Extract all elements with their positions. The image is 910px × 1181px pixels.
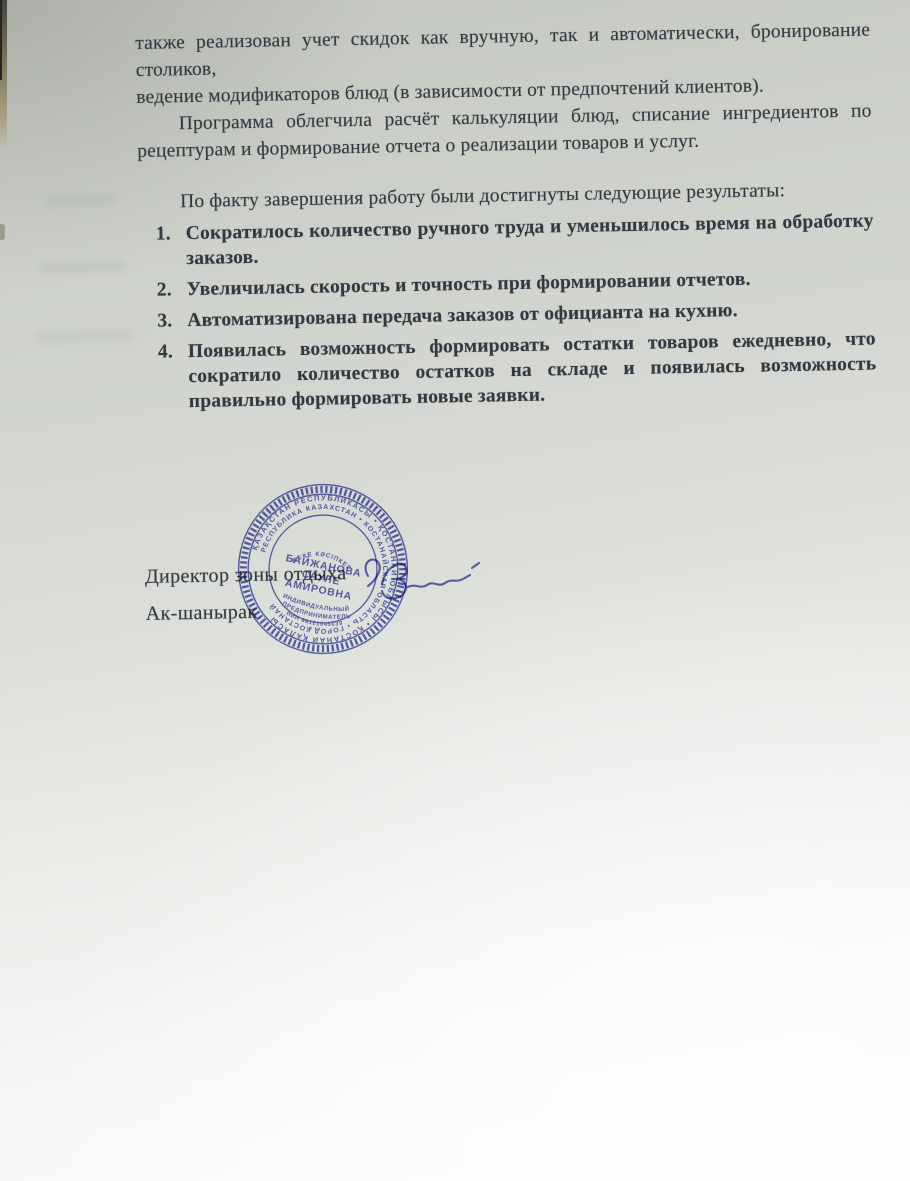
signature-stroke (366, 560, 380, 586)
bleed-through-mark (40, 261, 126, 275)
signature-stroke (406, 575, 470, 588)
bleed-through-mark (46, 195, 116, 207)
page-edge-shadow (0, 0, 7, 150)
scanned-page: также реализован учет скидок как вручную… (0, 0, 910, 1181)
list-item: 1. Сократилось количество ручного труда … (139, 208, 875, 271)
bleed-through-mark (36, 328, 132, 343)
scan-speck (0, 224, 5, 240)
item-number: 3. (157, 308, 172, 333)
signature-stroke (382, 564, 407, 599)
list-item: 4. Появилась возможность формировать ост… (141, 326, 877, 414)
signature-stroke (472, 563, 479, 568)
item-number: 2. (157, 277, 172, 302)
paragraph-discounts: также реализован учет скидок как вручную… (135, 17, 871, 111)
results-list: 1. Сократилось количество ручного труда … (139, 208, 877, 414)
handwritten-signature (348, 552, 483, 610)
item-number: 1. (156, 221, 171, 246)
item-number: 4. (158, 339, 173, 364)
